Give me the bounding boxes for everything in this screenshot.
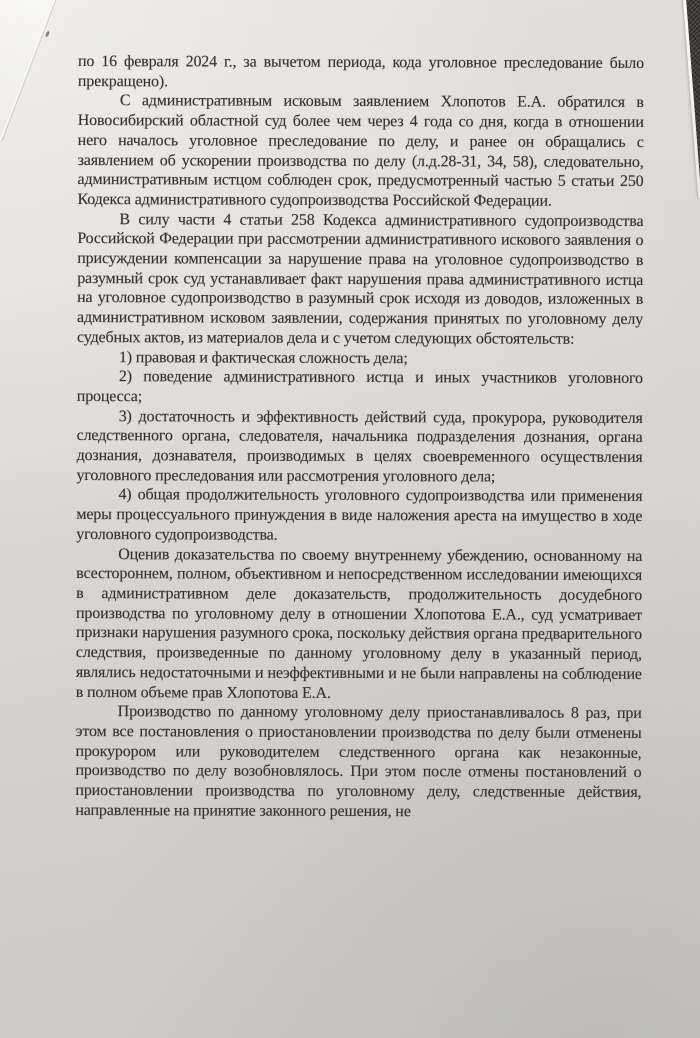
document-paragraph: 2) поведение административного истца и и… [77, 367, 643, 408]
document-paragraph: В силу части 4 статьи 258 Кодекса админи… [77, 210, 643, 350]
document-text: по 16 февраля 2024 г., за вычетом период… [75, 52, 644, 822]
document-paragraph: С административным исковым заявлением Хл… [77, 91, 643, 211]
document-paragraph: 1) правовая и фактическая сложность дела… [77, 348, 643, 370]
document-paragraph: 3) достаточность и эффективность действи… [76, 407, 642, 488]
paper-fold-highlight [0, 0, 58, 152]
document-paragraph: по 16 февраля 2024 г., за вычетом период… [78, 52, 644, 93]
document-paragraph: 4) общая продолжительность уголовного су… [76, 485, 642, 546]
document-page: по 16 февраля 2024 г., за вычетом период… [0, 0, 700, 1038]
document-paragraph: Производство по данному уголовному делу … [75, 702, 641, 822]
document-paragraph: Оценив доказательства по своему внутренн… [76, 545, 643, 705]
paper-speck [45, 31, 50, 38]
